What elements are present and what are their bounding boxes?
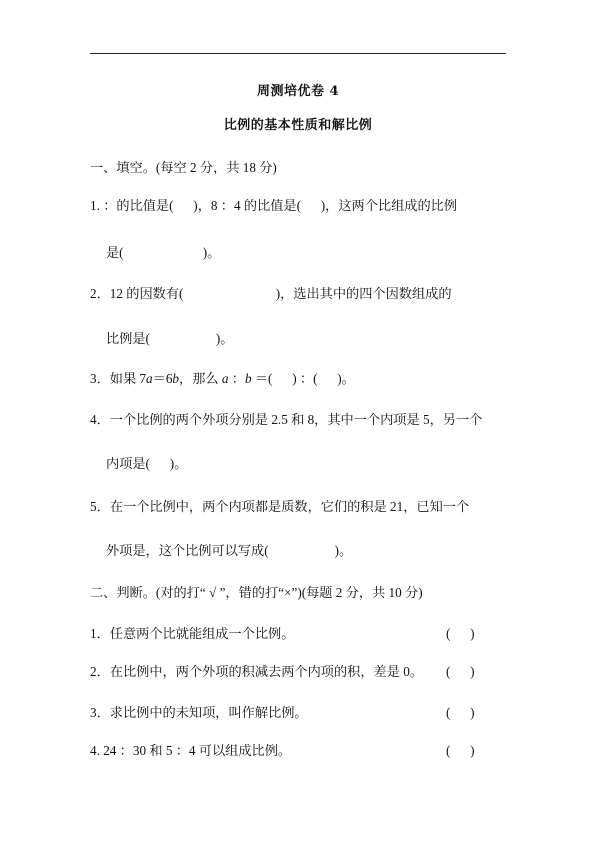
- q1-2-line1: 2．12 的因数有( )，选出其中的四个因数组成的: [90, 286, 452, 302]
- q1-3-mid3: ：: [228, 371, 244, 386]
- q1-1-line1: 1. ：的比值是( )，8 ：4 的比值是( )，这两个比组成的比例: [90, 198, 457, 214]
- q2-4-answer-blank[interactable]: ( ): [446, 743, 475, 759]
- q1-2-line2: 比例是( )。: [106, 331, 233, 347]
- q1-3-line: 3．如果 7a＝6b，那么 a ：b ＝( ) ：( )。: [90, 371, 355, 387]
- page-subtitle: 比例的基本性质和解比例: [0, 114, 596, 133]
- q2-4-text: 4. 24 ：30 和 5 ：4 可以组成比例。: [90, 743, 291, 759]
- q2-2-text: 2．在比例中，两个外项的积减去两个内项的积，差是 0。: [90, 664, 423, 680]
- q1-5-line2: 外项是，这个比例可以写成( )。: [106, 543, 352, 559]
- q1-3-mid2: ，那么: [179, 371, 222, 386]
- q1-3-mid1: ＝6: [153, 371, 173, 386]
- q2-3-text: 3．求比例中的未知项，叫作解比例。: [90, 705, 308, 721]
- q2-3-answer-blank[interactable]: ( ): [446, 705, 475, 721]
- var-a: a: [146, 371, 153, 386]
- q2-2-answer-blank[interactable]: ( ): [446, 664, 475, 680]
- header-rule: [90, 53, 506, 54]
- var-b: b: [245, 371, 252, 386]
- q1-3-suffix: ＝( ) ：( )。: [252, 371, 355, 386]
- section2-heading: 二、判断。(对的打“ √ ”，错的打“×”)(每题 2 分，共 10 分): [90, 585, 423, 601]
- q1-5-line1: 5．在一个比例中，两个内项都是质数，它们的积是 21，已知一个: [90, 499, 469, 515]
- page-title: 周测培优卷 4: [0, 80, 596, 99]
- q1-4-line2: 内项是( )。: [106, 456, 187, 472]
- section1-heading: 一、填空。(每空 2 分，共 18 分): [90, 160, 277, 176]
- q2-1-answer-blank[interactable]: ( ): [446, 626, 475, 642]
- q1-1-line2: 是( )。: [106, 245, 220, 261]
- q1-4-line1: 4．一个比例的两个外项分别是 2.5 和 8，其中一个内项是 5，另一个: [90, 412, 482, 428]
- q2-1-text: 1．任意两个比就能组成一个比例。: [90, 626, 294, 642]
- q1-3-prefix: 3．如果 7: [90, 371, 146, 386]
